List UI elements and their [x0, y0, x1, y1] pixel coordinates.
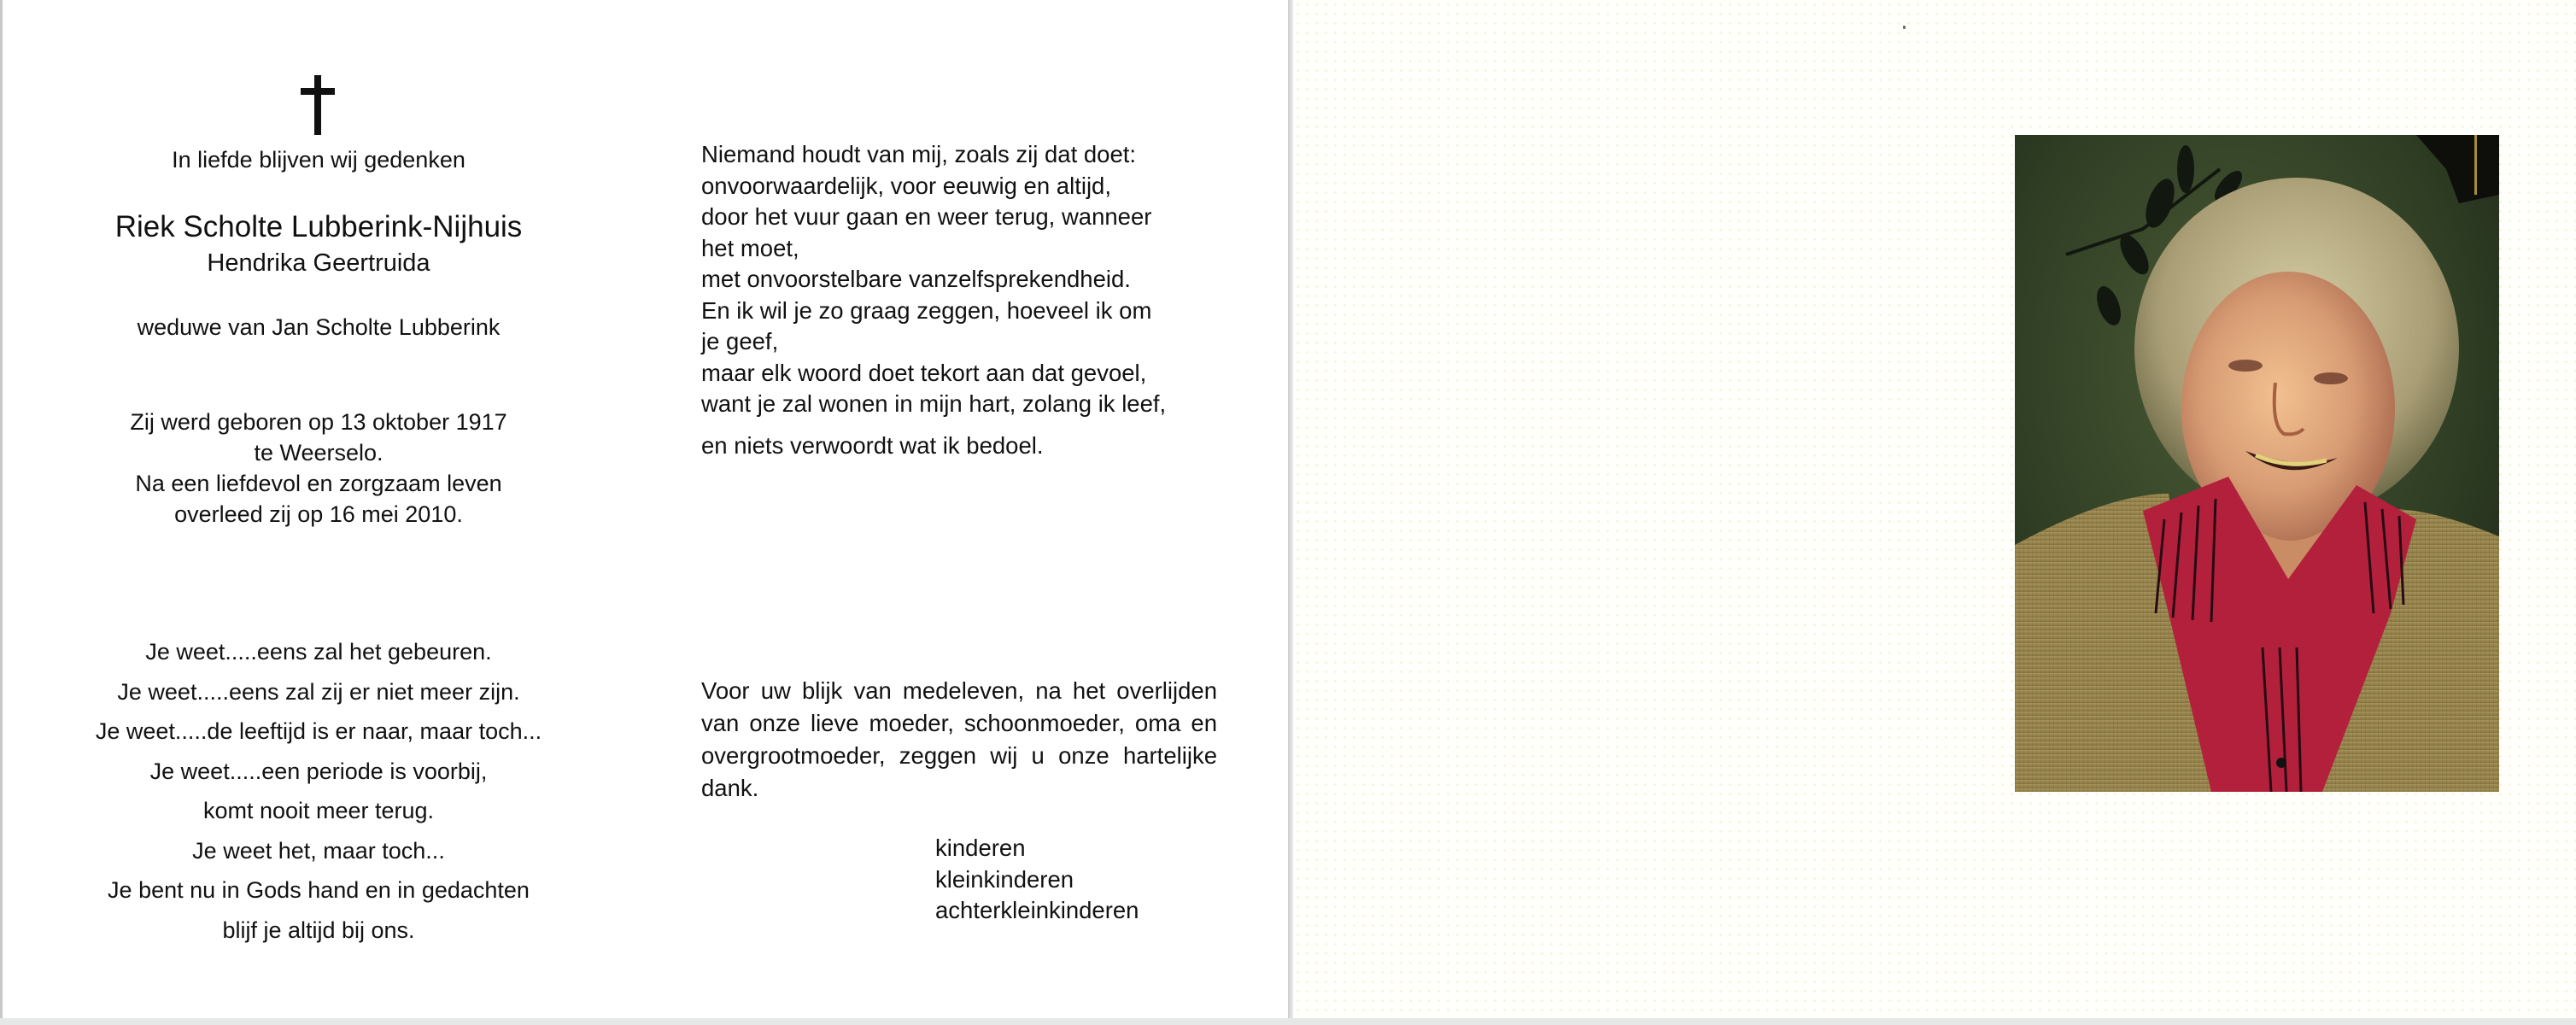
poem-line: het moet,: [701, 233, 1248, 265]
cross-icon: [301, 75, 335, 135]
poem-line: met onvoorstelbare vanzelfsprekendheid.: [701, 264, 1248, 296]
birth-death-line: Zij werd geboren op 13 oktober 1917: [54, 407, 583, 437]
verse-line: Je weet.....de leeftijd is er naar, maar…: [54, 712, 583, 752]
poem: Niemand houdt van mij, zoals zij dat doe…: [701, 139, 1248, 461]
thanks-text: Voor uw blijk van medeleven, na het over…: [701, 675, 1217, 805]
poem-line: en niets verwoordt wat ik bedoel.: [701, 430, 1248, 462]
verse-line: Je weet.....een periode is voorbij,: [54, 752, 583, 792]
verse-line: komt nooit meer terug.: [54, 791, 583, 831]
portrait-photo: [2015, 135, 2499, 792]
scan-bottom-edge: [0, 1018, 2576, 1025]
poem-line: En ik wil je zo graag zeggen, hoeveel ik…: [701, 296, 1248, 327]
poem-line: maar elk woord doet tekort aan dat gevoe…: [701, 358, 1248, 389]
signoff-line: kinderen: [935, 833, 1139, 864]
verse-line: blijf je altijd bij ons.: [54, 911, 583, 951]
birth-death-line: te Weerselo.: [54, 437, 583, 468]
widow-of-text: weduwe van Jan Scholte Lubberink: [54, 314, 583, 341]
signoff-line: kleinkinderen: [935, 864, 1139, 896]
intro-text: In liefde blijven wij gedenken: [54, 147, 583, 173]
signoff-line: achterkleinkinderen: [935, 895, 1139, 927]
poem-line: je geef,: [701, 326, 1248, 358]
birth-death-text: Zij werd geboren op 13 oktober 1917 te W…: [54, 407, 583, 530]
verse-line: Je weet.....eens zal zij er niet meer zi…: [54, 672, 583, 712]
poem-line: want je zal wonen in mijn hart, zolang i…: [701, 389, 1248, 420]
birth-death-line: Na een liefdevol en zorgzaam leven: [54, 468, 583, 499]
verse-line: Je weet.....eens zal het gebeuren.: [54, 632, 583, 672]
birth-death-line: overleed zij op 16 mei 2010.: [54, 499, 583, 530]
verse-line: Je weet het, maar toch...: [54, 831, 583, 871]
portrait-illustration: [2015, 135, 2499, 792]
given-names: Hendrika Geertruida: [54, 249, 583, 278]
signoff: kinderen kleinkinderen achterkleinkinder…: [935, 833, 1139, 927]
verse-line: Je bent nu in Gods hand en in gedachten: [54, 870, 583, 911]
poem-line: onvoorwaardelijk, voor eeuwig en altijd,: [701, 171, 1248, 202]
verse: Je weet.....eens zal het gebeuren. Je we…: [54, 632, 583, 950]
poem-line: door het vuur gaan en weer terug, wannee…: [701, 202, 1248, 233]
paper-speck: [1903, 26, 1906, 29]
deceased-name: Riek Scholte Lubberink-Nijhuis: [54, 210, 583, 244]
card-left-panel: In liefde blijven wij gedenken Riek Scho…: [0, 0, 1288, 1018]
poem-line: Niemand houdt van mij, zoals zij dat doe…: [701, 139, 1248, 171]
